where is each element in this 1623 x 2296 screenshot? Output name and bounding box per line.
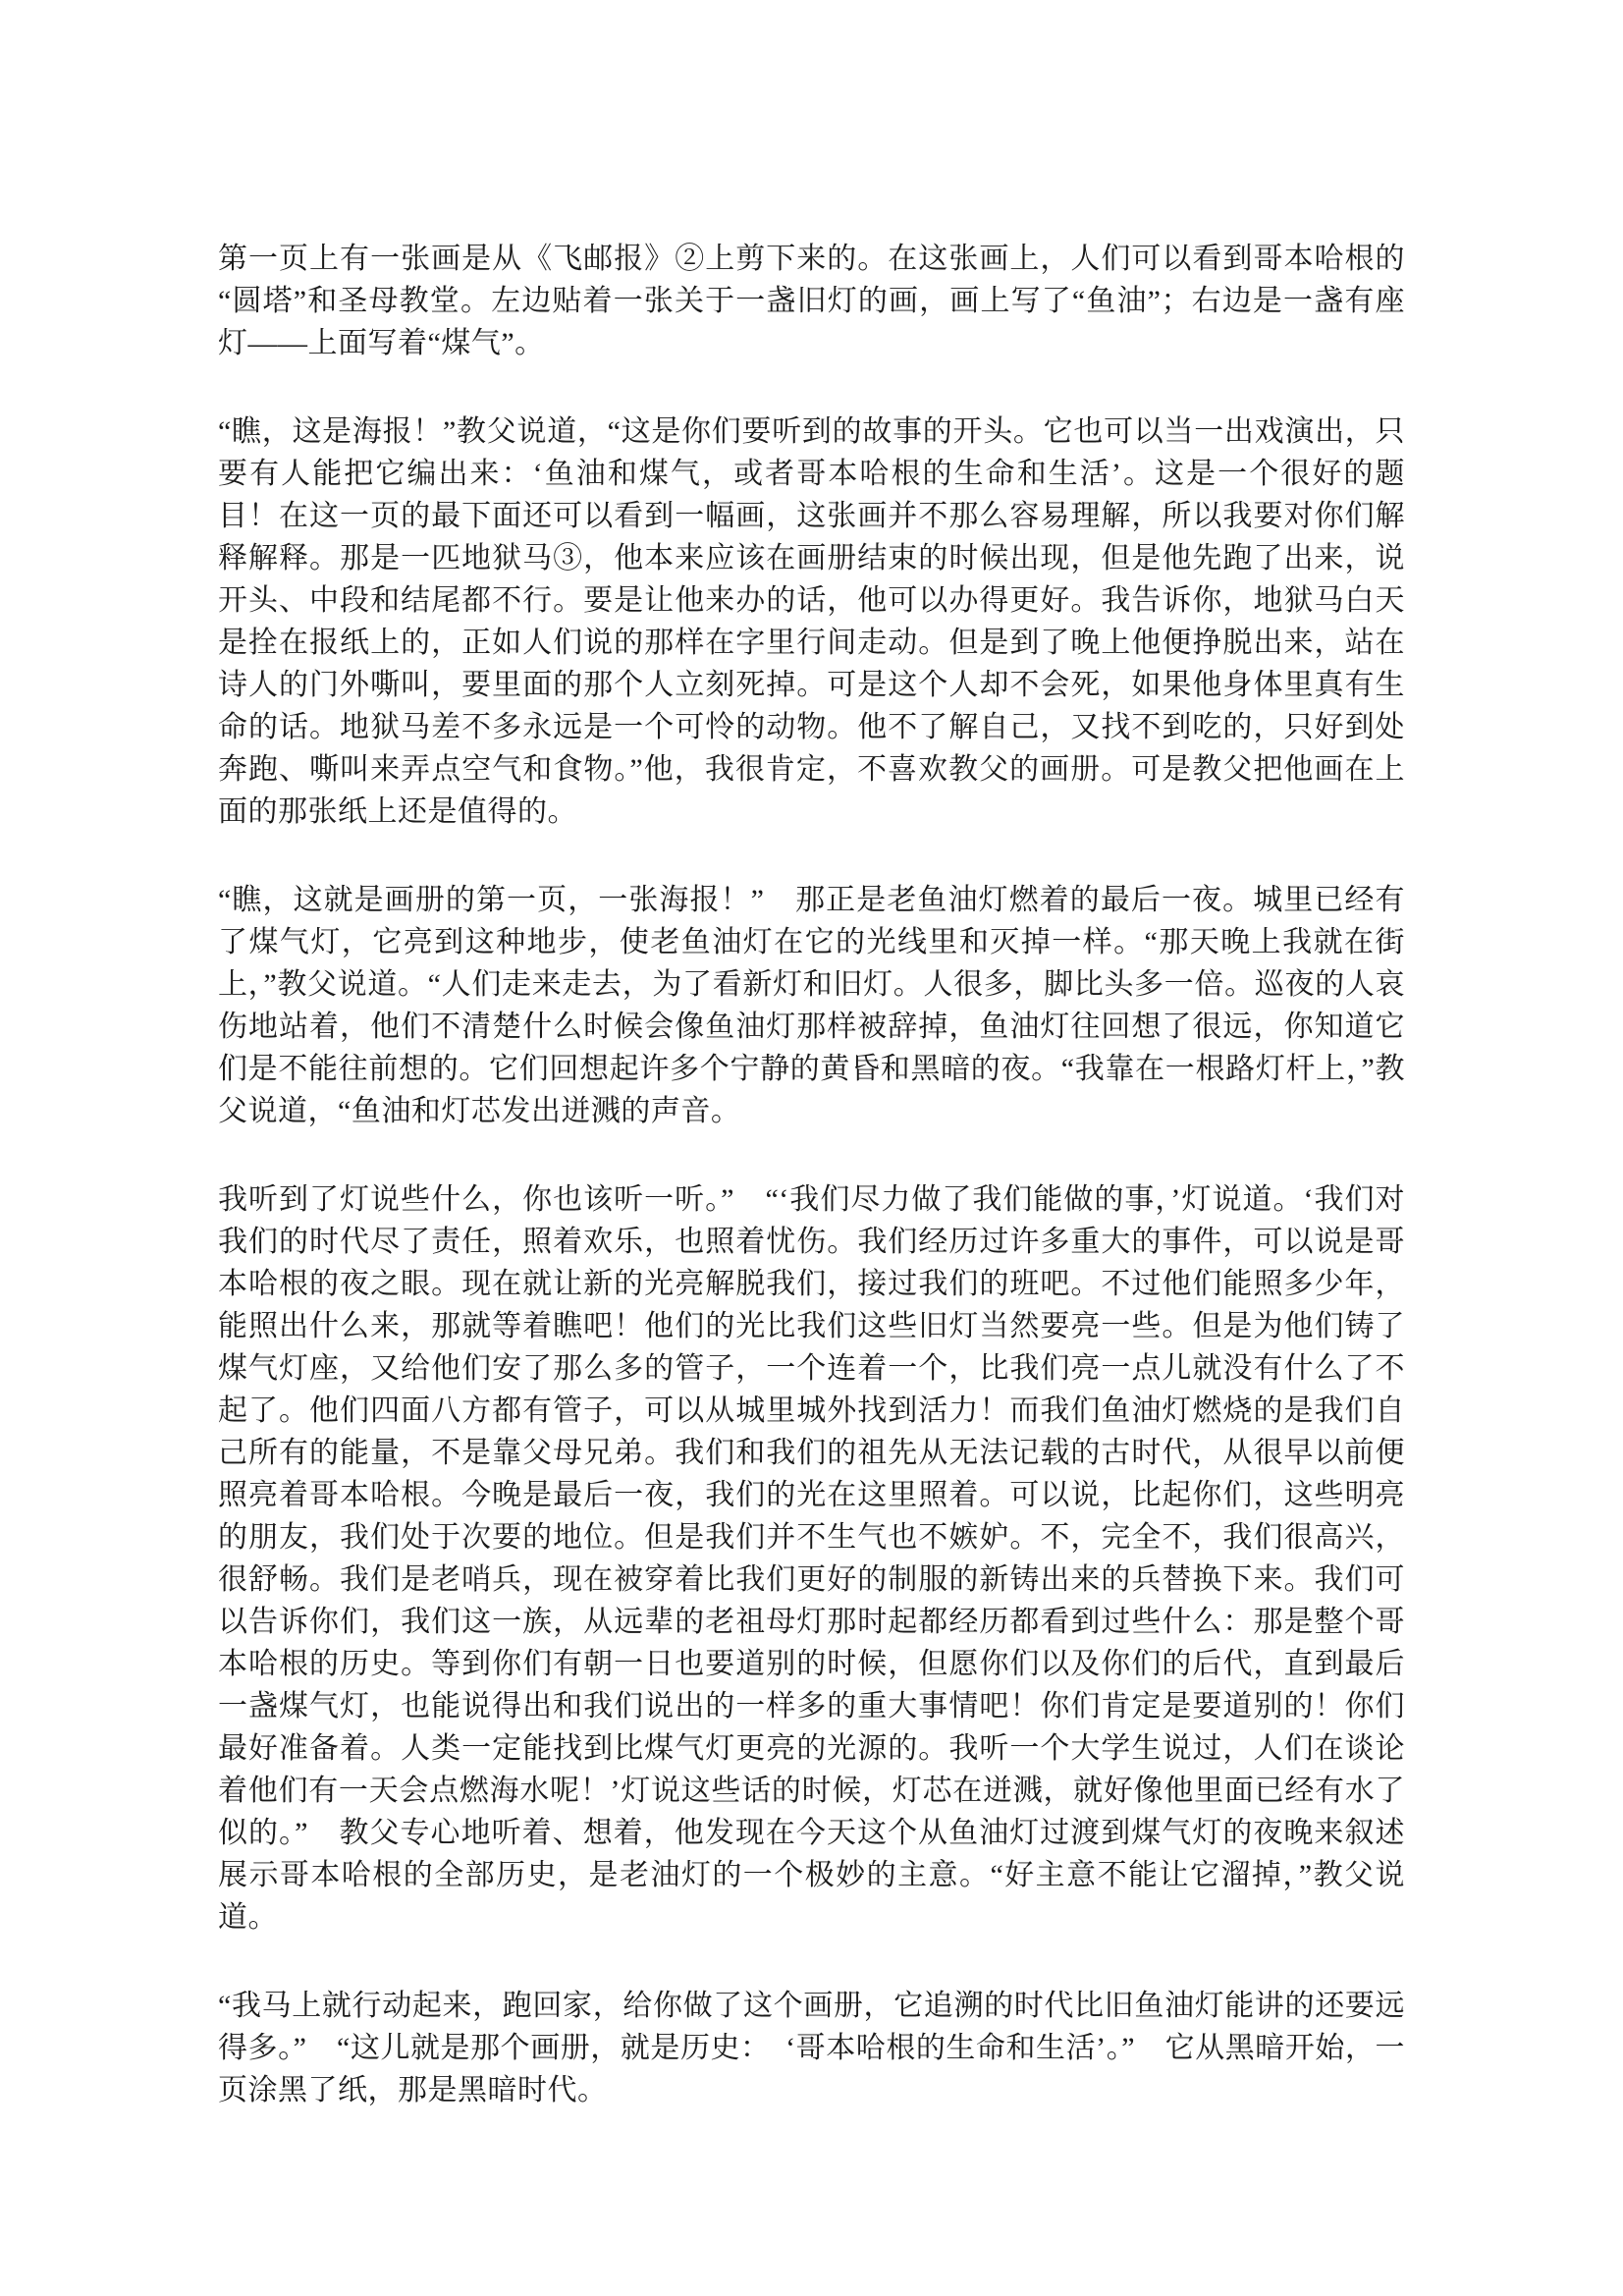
paragraph-3: “瞧，这就是画册的第一页，一张海报！” 那正是老鱼油灯燃着的最后一夜。城里已经有… xyxy=(218,879,1405,1132)
paragraph-5: “我马上就行动起来，跑回家，给你做了这个画册，它追溯的时代比旧鱼油灯能讲的还要远… xyxy=(218,1985,1405,2111)
paragraph-4: 我听到了灯说些什么，你也该听一听。” “‘我们尽力做了我们能做的事，’灯说道。‘… xyxy=(218,1178,1405,1939)
paragraph-2: “瞧，这是海报！”教父说道，“这是你们要听到的故事的开头。它也可以当一出戏演出，… xyxy=(218,410,1405,833)
paragraph-1: 第一页上有一张画是从《飞邮报》②上剪下来的。在这张画上，人们可以看到哥本哈根的“… xyxy=(218,238,1405,364)
document-page: 第一页上有一张画是从《飞邮报》②上剪下来的。在这张画上，人们可以看到哥本哈根的“… xyxy=(0,0,1623,2296)
